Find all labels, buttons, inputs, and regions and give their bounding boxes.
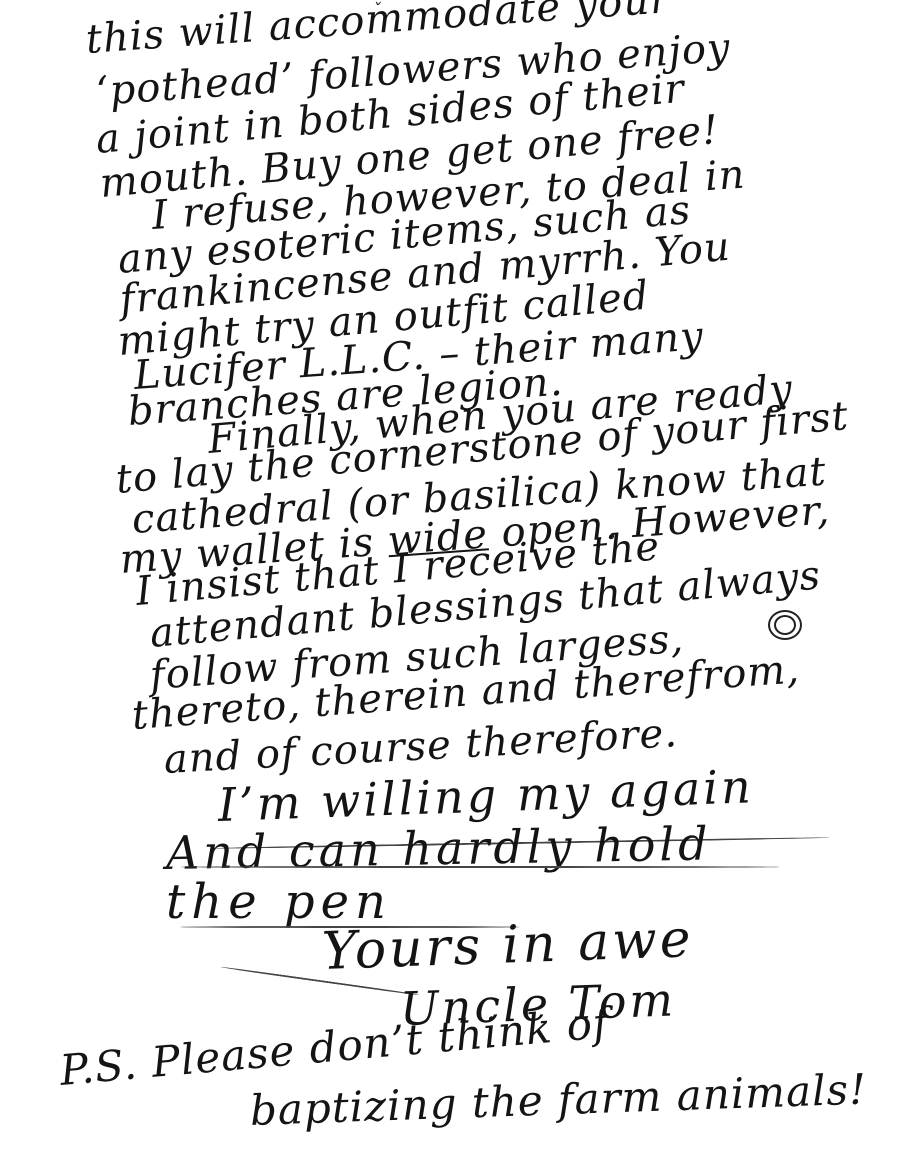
letter-page: ˇ this will accommodate your ‘pothead’ f…	[0, 0, 900, 1165]
closing-line-2-underline	[180, 866, 780, 868]
closing-line-3: the pen	[166, 878, 392, 926]
scribbled-out-mark	[768, 610, 802, 640]
postscript-line-2: baptizing the farm animals!	[249, 1068, 867, 1132]
signature-closing: Yours in awe	[321, 913, 694, 978]
